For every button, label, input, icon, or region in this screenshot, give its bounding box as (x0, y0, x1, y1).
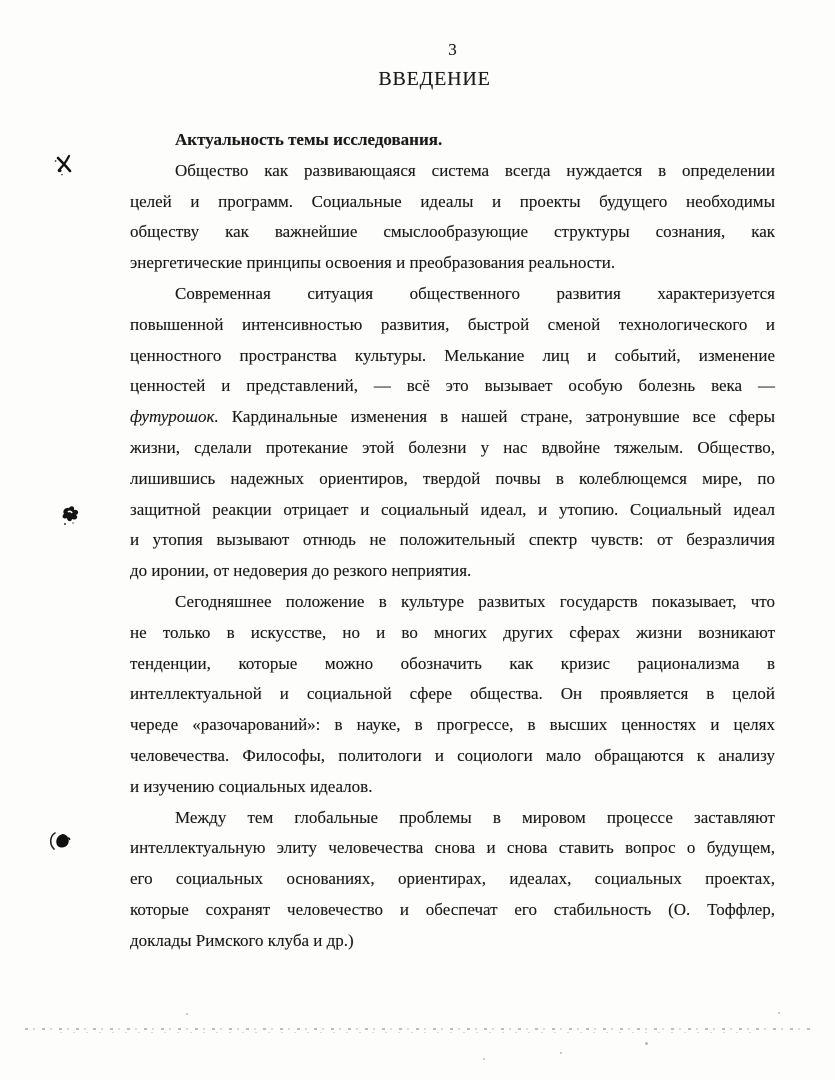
text-line: энергетические принципы освоения и преоб… (130, 248, 775, 279)
ink-scribble-icon (59, 503, 83, 529)
text-line: футурошок. Кардинальные изменения в наше… (130, 402, 775, 433)
text-line: не только в искусстве, но и во многих др… (130, 618, 775, 649)
scan-artifact-dashed-line (25, 1028, 813, 1030)
text-line: целей и программ. Социальные идеалы и пр… (130, 187, 775, 218)
scan-speck (483, 1058, 485, 1060)
scan-speck (645, 1042, 648, 1045)
text-line: лишившись надежных ориентиров, твердой п… (130, 464, 775, 495)
text-line: человечества. Философы, политологи и соц… (130, 741, 775, 772)
text-line: Общество как развивающаяся система всегд… (130, 156, 775, 187)
scan-speck (186, 1013, 188, 1015)
text-line: Современная ситуация общественного разви… (130, 279, 775, 310)
scanned-document-page: 3 ВВЕДЕНИЕ Актуальность темы исследовани… (0, 0, 835, 1080)
text-line: до иронии, от недоверия до резкого непри… (130, 556, 775, 587)
text-line: череде «разочарований»: в науке, в прогр… (130, 710, 775, 741)
document-body: Актуальность темы исследования. Общество… (130, 125, 775, 957)
text-line: ценностей и представлений, — всё это выз… (130, 371, 775, 402)
ink-blot-icon (46, 830, 74, 856)
text-line: обществу как важнейшие смыслообразующие … (130, 217, 775, 248)
page-number: 3 (130, 40, 775, 60)
text-line: интеллектуальной и социальной сфере обще… (130, 679, 775, 710)
ink-mark-x-icon (54, 152, 76, 176)
text-line: ценностного пространства культуры. Мельк… (130, 341, 775, 372)
text-line: Сегодняшнее положение в культуре развиты… (130, 587, 775, 618)
text-line: которые сохранят человечество и обеспеча… (130, 895, 775, 926)
section-heading: Актуальность темы исследования. (130, 125, 775, 156)
scan-speck (560, 1052, 562, 1054)
scan-speck (778, 1012, 780, 1014)
text-line: жизни, сделали протекание этой болезни у… (130, 433, 775, 464)
text-line: тенденции, которые можно обозначить как … (130, 649, 775, 680)
scan-artifact-dashed-line-2 (60, 1032, 760, 1033)
text-line: его социальных основаниях, ориентирах, и… (130, 864, 775, 895)
text-line: повышенной интенсивностью развития, быст… (130, 310, 775, 341)
text-line: и утопия вызывают отнюдь не положительны… (130, 525, 775, 556)
text-line: интеллектуальную элиту человечества снов… (130, 833, 775, 864)
page-title: ВВЕДЕНИЕ (112, 68, 757, 91)
text-line: доклады Римского клуба и др.) (130, 926, 775, 957)
text-line: и изучению социальных идеалов. (130, 772, 775, 803)
text-line: защитной реакции отрицает и социальный и… (130, 495, 775, 526)
text-line: Между тем глобальные проблемы в мировом … (130, 803, 775, 834)
